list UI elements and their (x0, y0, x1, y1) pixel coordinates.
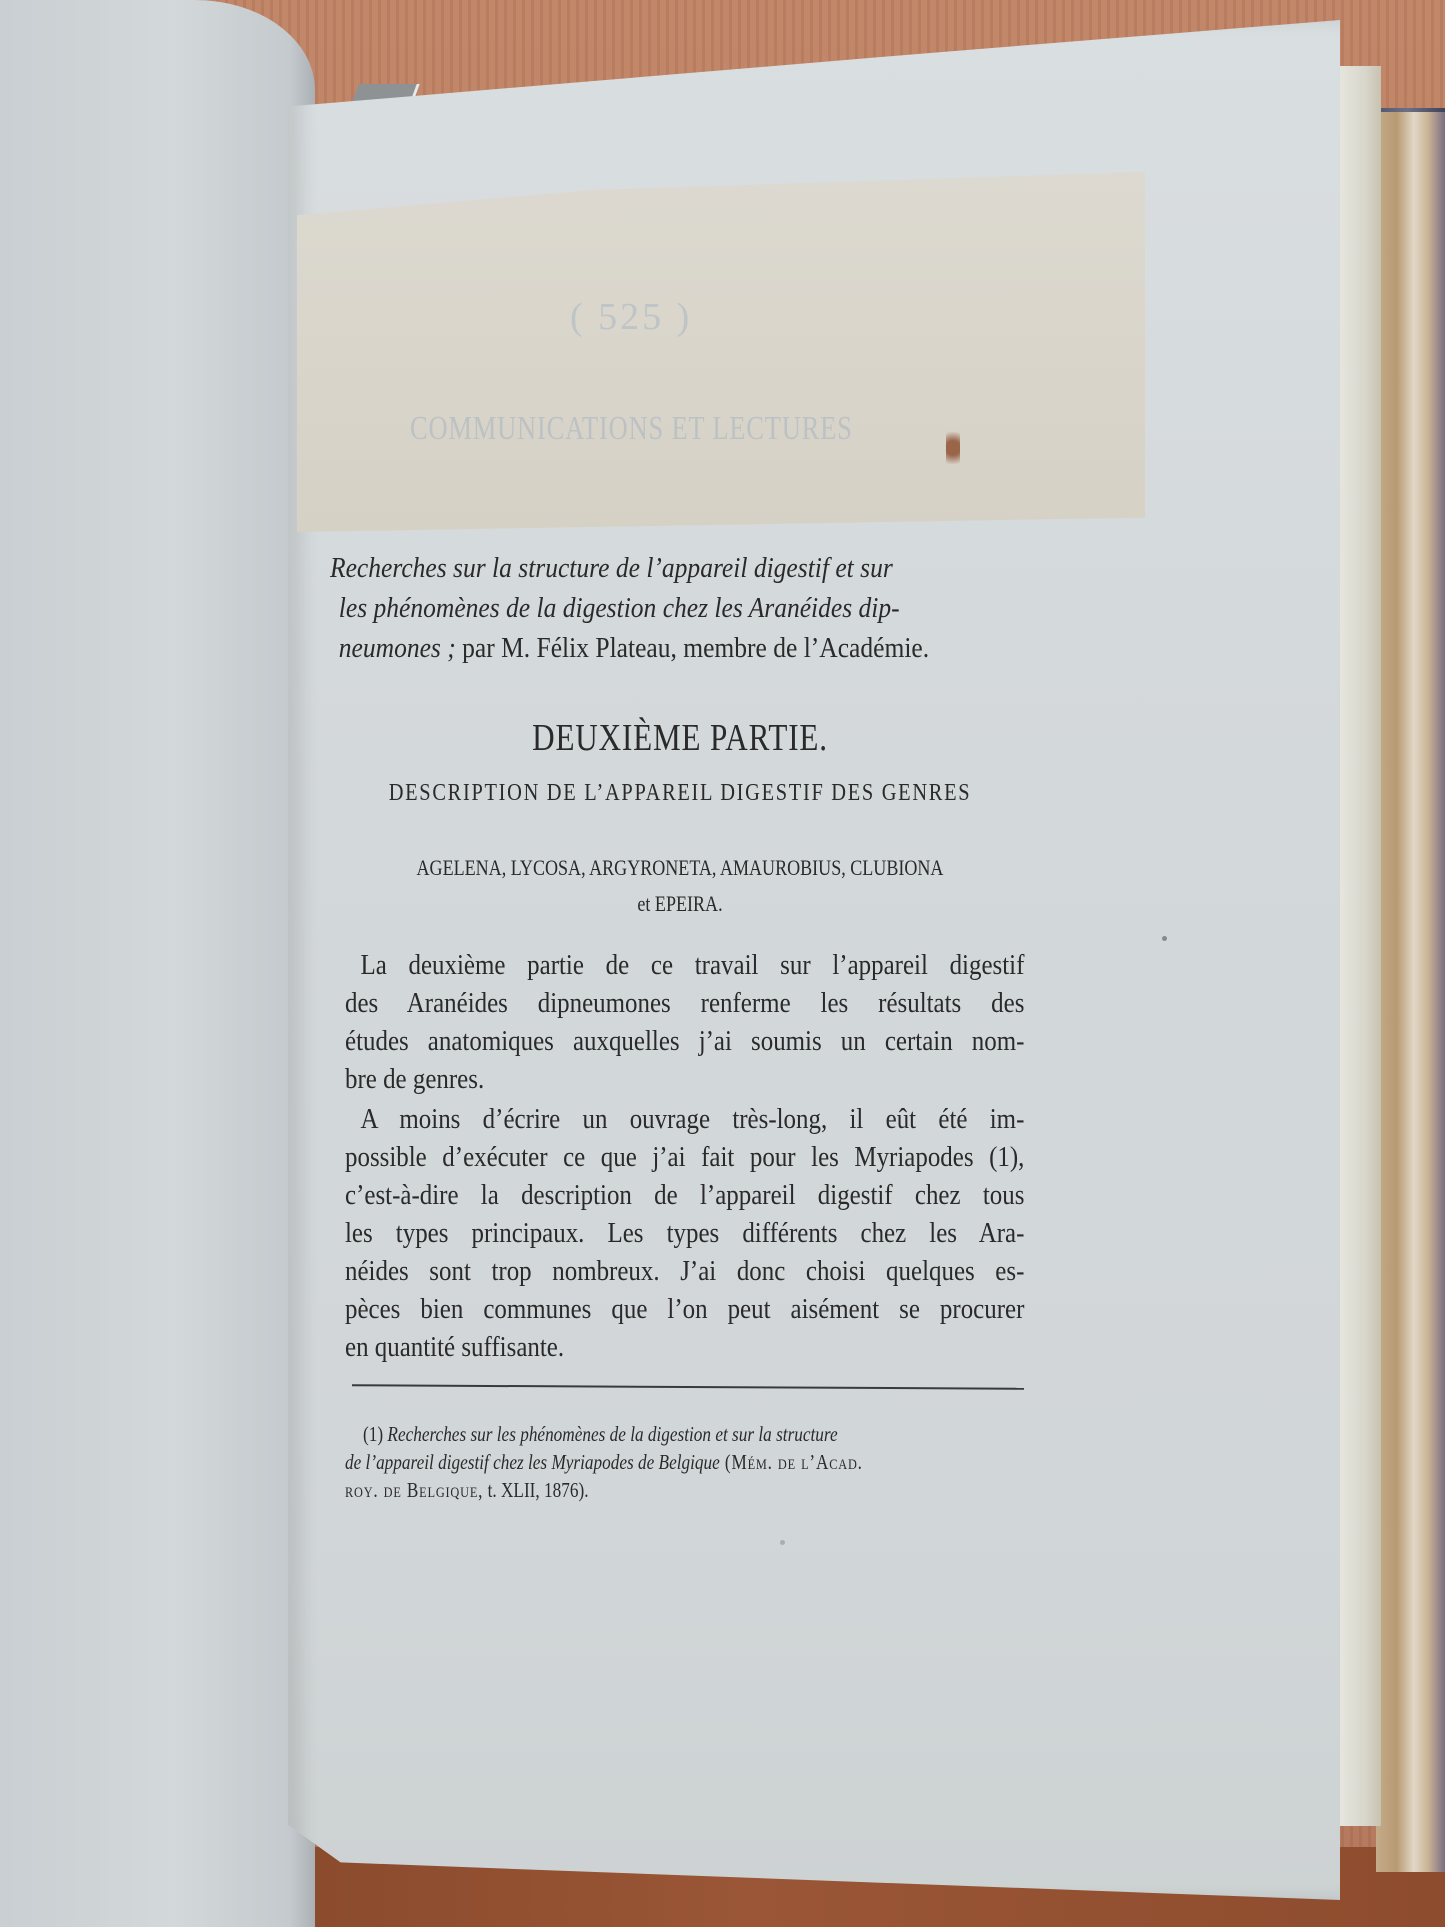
paragraph-line: A moins d’écrire un ouvrage très-long, i… (345, 1100, 1024, 1138)
footnote-source: (Mém. de l’Acad. (720, 1450, 863, 1474)
paragraph-line: néides sont trop nombreux. J’ai donc cho… (345, 1252, 1024, 1290)
book-page-edges (1376, 112, 1445, 1872)
paragraph-line: pèces bien communes que l’on peut aiséme… (345, 1290, 1024, 1328)
rust-stain (946, 425, 960, 471)
footnote-citation-title: de l’appareil digestif chez les Myriapod… (345, 1450, 720, 1474)
author-byline: par M. Félix Plateau, membre de l’Académ… (456, 632, 929, 664)
article-title: Recherches sur la structure de l’apparei… (330, 548, 946, 668)
paper-speck (1162, 936, 1167, 941)
footnote: (1) Recherches sur les phénomènes de la … (345, 1420, 1034, 1504)
part-heading: DEUXIÈME PARTIE. (385, 716, 975, 760)
footnote-volume-year: t. XLII, 1876). (483, 1478, 588, 1502)
title-line: les phénomènes de la digestion chez les … (330, 588, 946, 628)
footnote-source: roy. de Belgique, (345, 1478, 483, 1502)
title-italic-fragment: neumones ; (339, 632, 456, 664)
title-line: neumones ; par M. Félix Plateau, membre … (330, 628, 946, 668)
pasted-paper-slip (297, 172, 1145, 532)
right-page-edge (1338, 66, 1381, 1826)
paragraph-line: c’est-à-dire la description de l’apparei… (345, 1176, 1024, 1214)
paragraph-line: des Aranéides dipneumones renferme les r… (345, 984, 1024, 1022)
genera-line: AGELENA, LYCOSA, ARGYRONETA, AMAUROBIUS,… (393, 850, 967, 886)
paragraph-line: La deuxième partie de ce travail sur l’a… (345, 946, 1024, 984)
footnote-line: roy. de Belgique, t. XLII, 1876). (345, 1476, 1034, 1504)
running-header: COMMUNICATIONS ET LECTURES (410, 410, 853, 448)
footnote-line: (1) Recherches sur les phénomènes de la … (345, 1420, 1034, 1448)
footnote-citation-title: Recherches sur les phénomènes de la dige… (387, 1422, 837, 1446)
paragraph-line: études anatomiques auxquelles j’ai soumi… (345, 1022, 1024, 1060)
title-line: Recherches sur la structure de l’apparei… (330, 548, 946, 588)
footnote-marker: (1) (363, 1422, 387, 1446)
paragraph-2: A moins d’écrire un ouvrage très-long, i… (345, 1100, 1024, 1366)
page-number: ( 525 ) (570, 295, 692, 339)
paragraph-line: bre de genres. (345, 1060, 1024, 1098)
genera-heading: AGELENA, LYCOSA, ARGYRONETA, AMAUROBIUS,… (393, 850, 967, 922)
paragraph-1: La deuxième partie de ce travail sur l’a… (345, 946, 1024, 1098)
left-page (0, 0, 315, 1927)
section-subheading: DESCRIPTION DE L’APPAREIL DIGESTIF DES G… (383, 780, 978, 807)
paragraph-line: en quantité suffisante. (345, 1328, 1024, 1366)
paragraph-line: les types principaux. Les types différen… (345, 1214, 1024, 1252)
paragraph-line: possible d’exécuter ce que j’ai fait pou… (345, 1138, 1024, 1176)
paper-speck (780, 1540, 785, 1545)
genera-line: et EPEIRA. (393, 886, 967, 922)
footnote-line: de l’appareil digestif chez les Myriapod… (345, 1448, 1034, 1476)
